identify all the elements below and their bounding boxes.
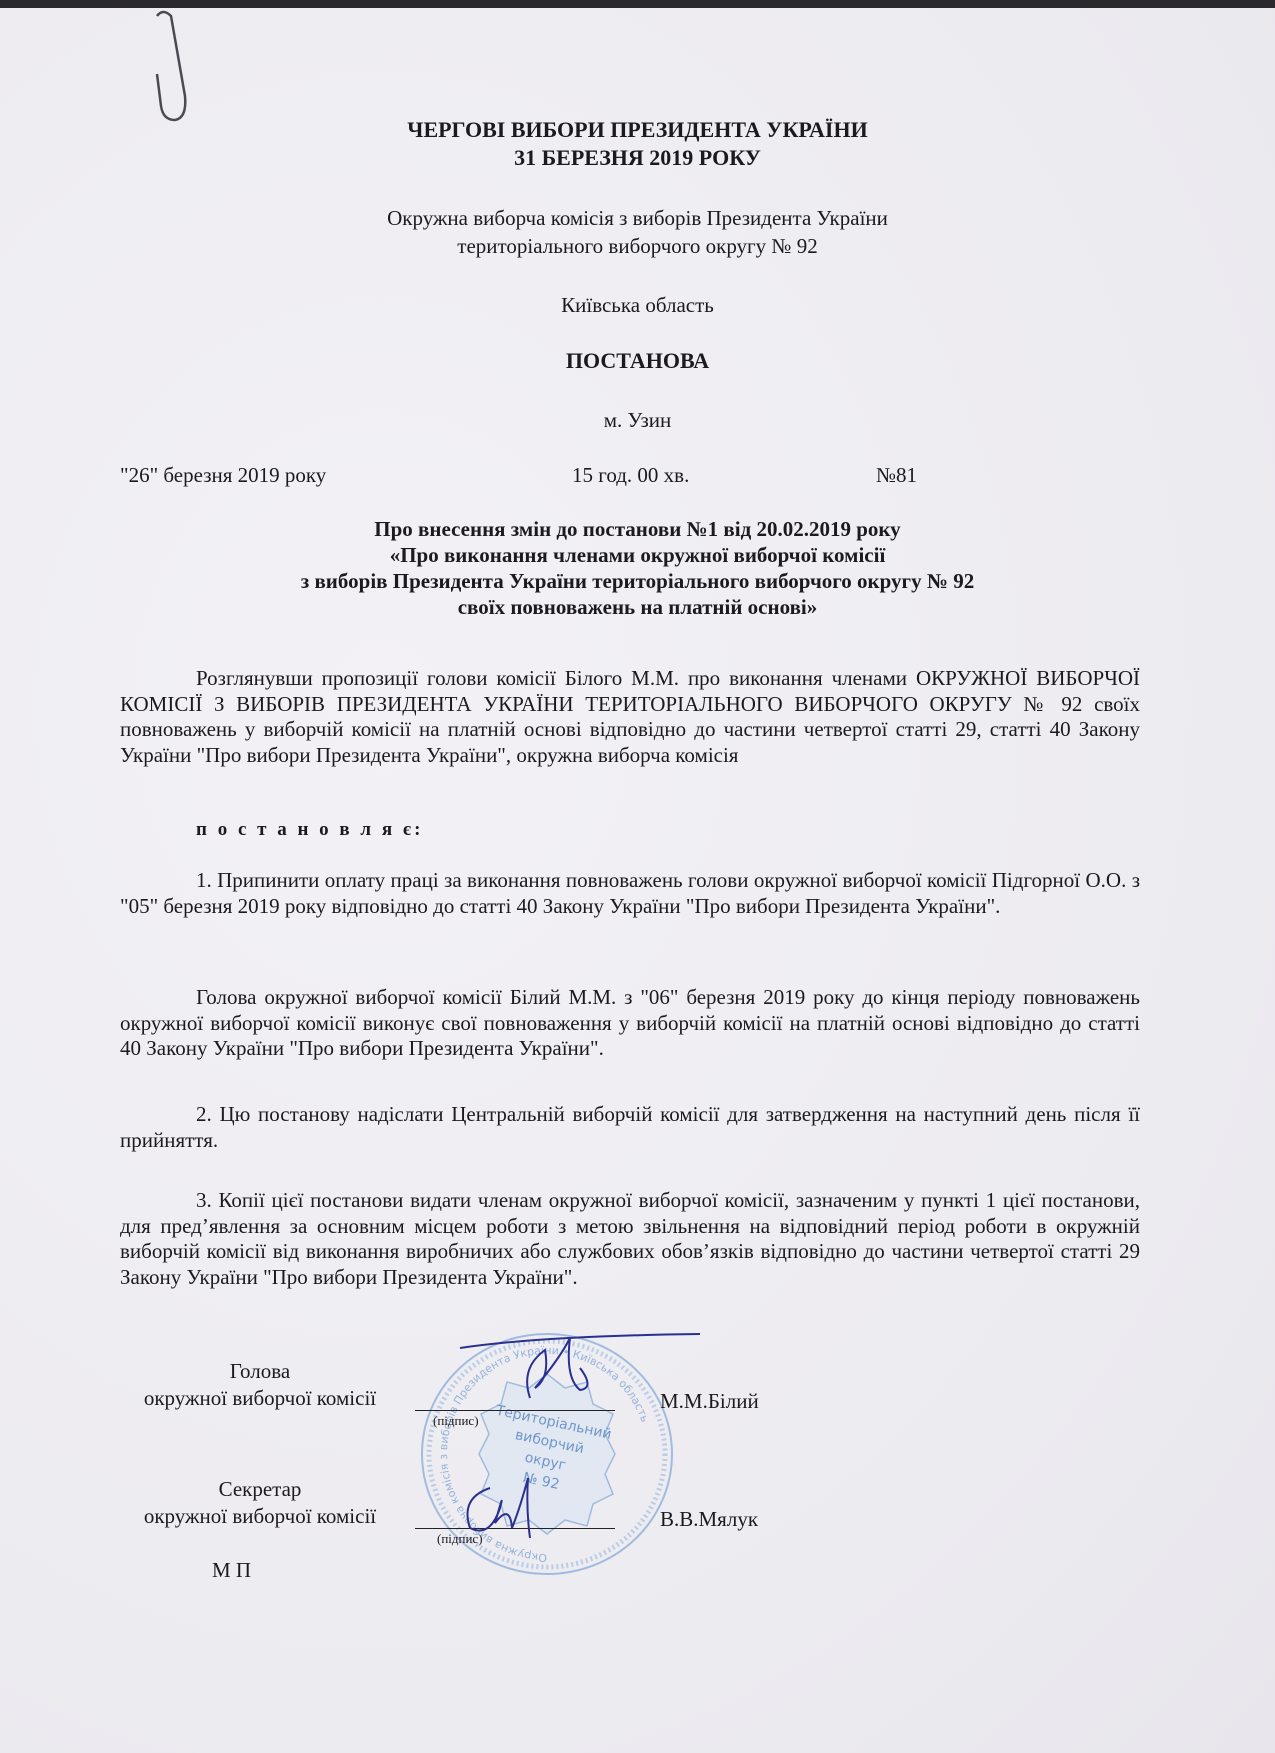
resolves-label: п о с т а н о в л я є: (120, 816, 1140, 843)
item-1-paragraph: 1. Припинити оплату праці за виконання п… (120, 868, 1140, 919)
secretary-signature-scribble (450, 1468, 580, 1543)
secretary-name: В.В.Мялук (660, 1507, 758, 1532)
head-role-title: Голова (110, 1358, 410, 1385)
region: Київська область (0, 291, 1275, 319)
item-3-paragraph: 3. Копії цієї постанови видати членам ок… (120, 1188, 1140, 1290)
election-date: 31 БЕРЕЗНЯ 2019 РОКУ (0, 144, 1275, 172)
head-signature-hint: (підпис) (433, 1413, 479, 1429)
head-signature-line (415, 1410, 615, 1411)
document-number: №81 (876, 463, 917, 488)
subject-line: своїх повноважень на платній основі» (0, 594, 1275, 620)
document-date: "26" березня 2019 року (120, 463, 326, 488)
document-page: ЧЕРГОВІ ВИБОРИ ПРЕЗИДЕНТА УКРАЇНИ 31 БЕР… (0, 8, 1275, 1753)
subject-line: з виборів Президента України територіаль… (0, 568, 1275, 594)
secretary-role-org: окружної виборчої комісії (110, 1503, 410, 1530)
resolves-text: п о с т а н о в л я є: (196, 819, 423, 840)
document-time: 15 год. 00 хв. (572, 463, 689, 488)
document-type: ПОСТАНОВА (0, 348, 1275, 374)
item-2-paragraph: 2. Цю постанову надіслати Центральній ви… (120, 1102, 1140, 1153)
secretary-role-title: Секретар (110, 1476, 410, 1503)
city: м. Узин (0, 406, 1275, 434)
commission-name: Окружна виборча комісія з виборів Презид… (0, 204, 1275, 232)
head-signature-scribble (420, 1328, 710, 1408)
seal-mark: М П (212, 1558, 251, 1583)
election-title: ЧЕРГОВІ ВИБОРИ ПРЕЗИДЕНТА УКРАЇНИ (0, 116, 1275, 144)
head-role-org: окружної виборчої комісії (110, 1385, 410, 1412)
secretary-role: Секретар окружної виборчої комісії (110, 1476, 410, 1530)
preamble-paragraph: Розглянувши пропозиції голови комісії Бі… (120, 666, 1140, 768)
subject-line: «Про виконання членами окружної виборчої… (0, 542, 1275, 568)
document-subject: Про внесення змін до постанови №1 від 20… (0, 516, 1275, 620)
paperclip-icon (155, 8, 195, 128)
subject-line: Про внесення змін до постанови №1 від 20… (0, 516, 1275, 542)
item-1-continuation-paragraph: Голова окружної виборчої комісії Білий М… (120, 985, 1140, 1062)
head-role: Голова окружної виборчої комісії (110, 1358, 410, 1412)
commission-district: територіального виборчого округу № 92 (0, 232, 1275, 260)
